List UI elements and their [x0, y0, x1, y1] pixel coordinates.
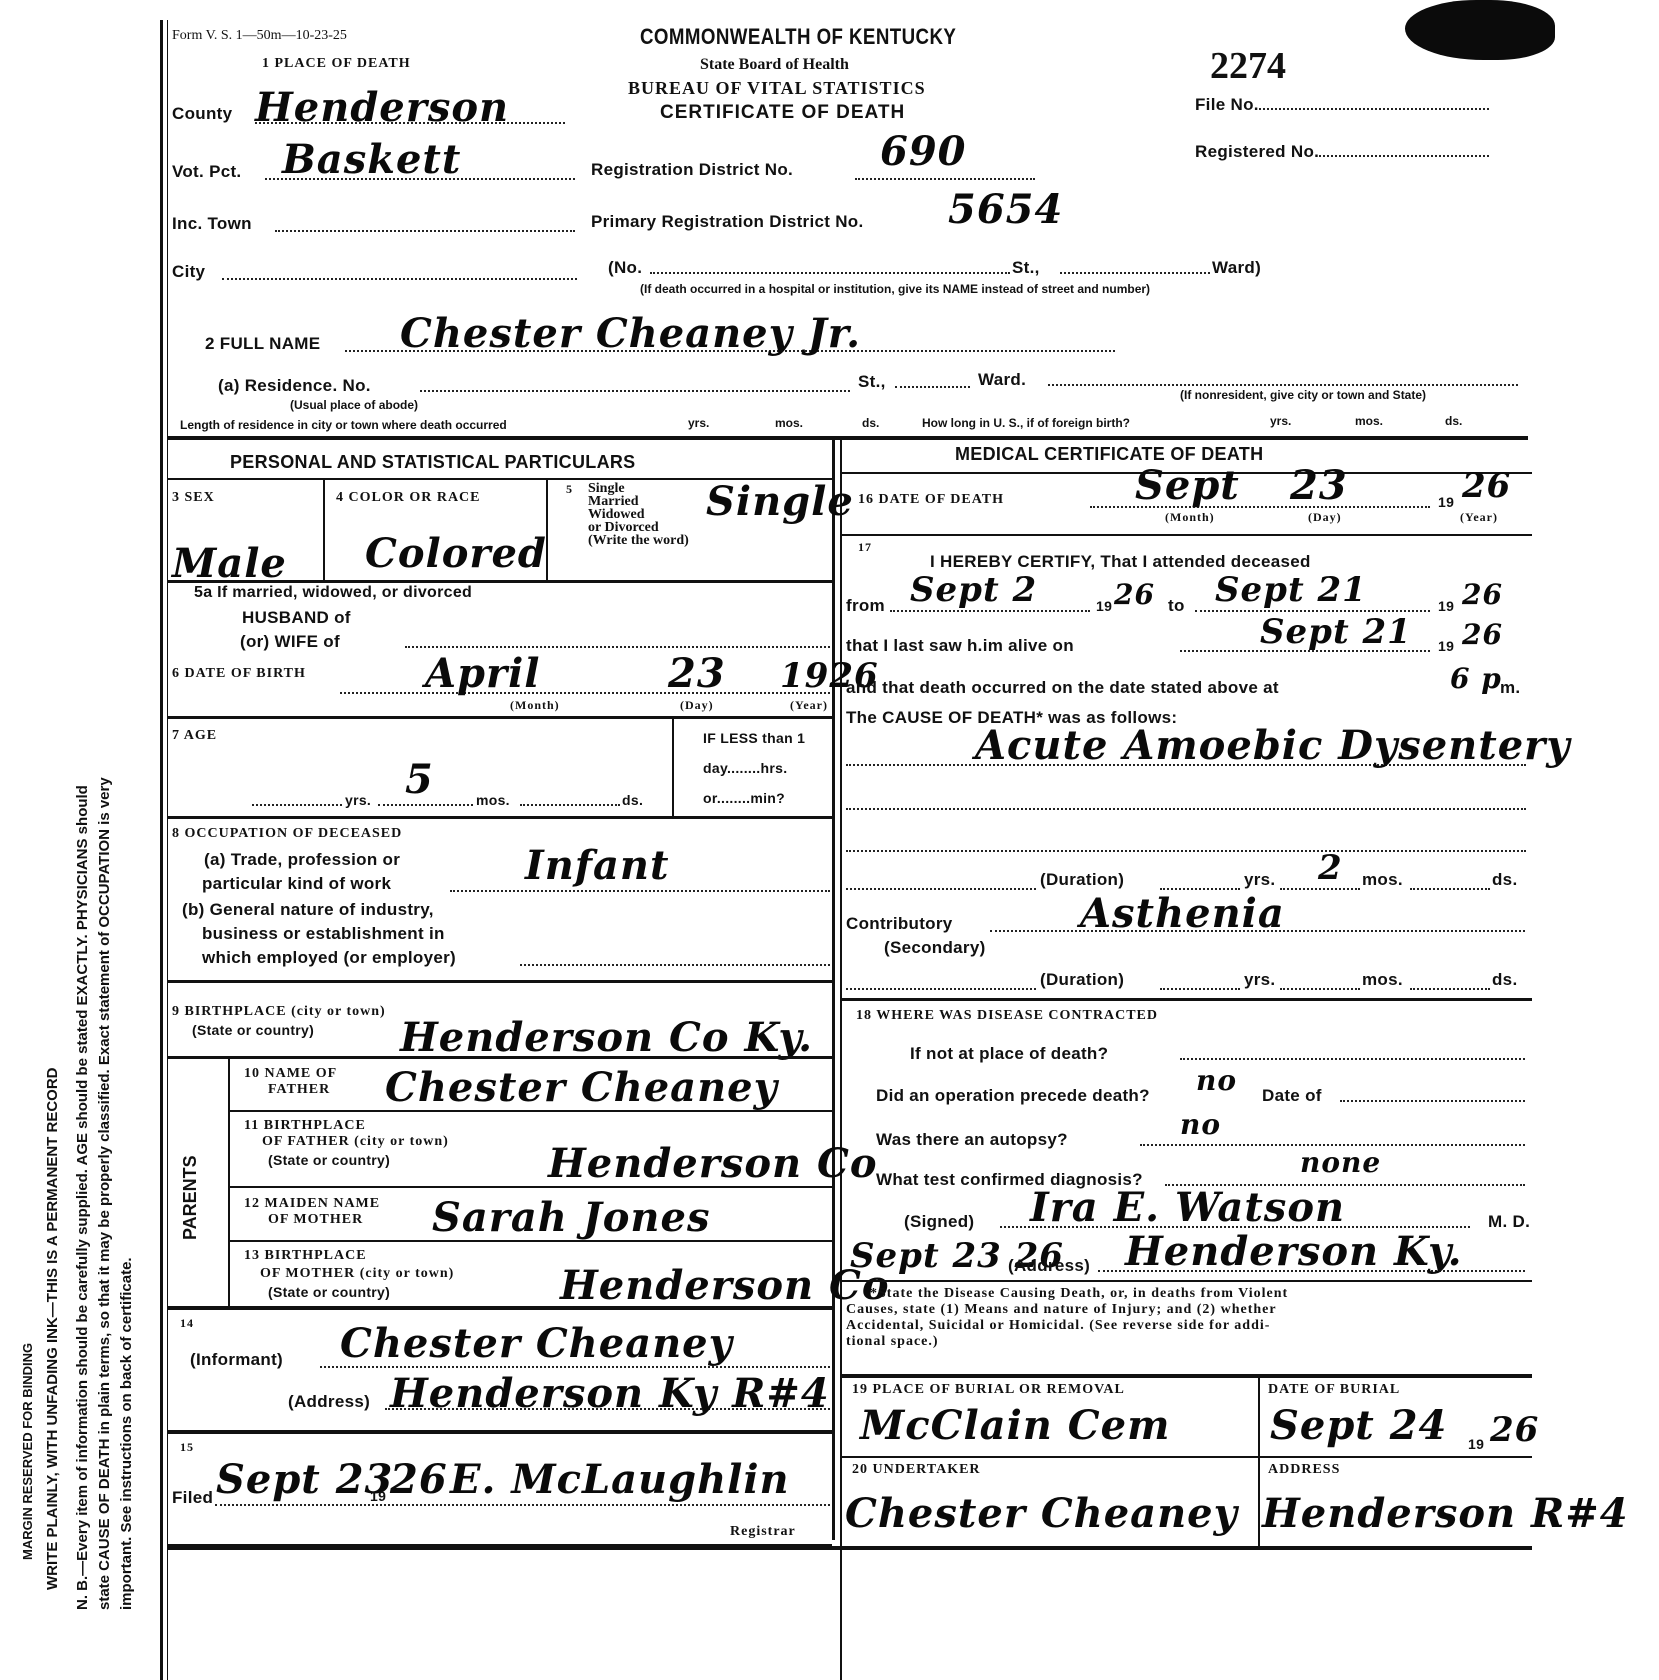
to-label: to: [1168, 596, 1185, 616]
less-than-hrs: day........hrs.: [703, 760, 787, 776]
duration-lead: [846, 888, 1036, 890]
row-line-5: [168, 1056, 832, 1059]
cause-line-3: [846, 850, 1526, 852]
place-of-death-label: 1 PLACE OF DEATH: [262, 56, 411, 72]
less-than-label: IF LESS than 1: [703, 730, 805, 746]
registered-no-label: Registered No.: [1195, 142, 1489, 162]
file-no-text: File No.: [1195, 95, 1259, 114]
file-no-field[interactable]: [1259, 108, 1489, 110]
duration2-ds-label: ds.: [1492, 970, 1517, 990]
left-border: [160, 20, 163, 1680]
marital-value[interactable]: Single: [706, 478, 854, 525]
margin-instructions-2: state CAUSE OF DEATH in plain terms, so …: [96, 777, 113, 1610]
mother-bp-value[interactable]: Henderson Co: [560, 1262, 890, 1309]
autopsy-value[interactable]: no: [1180, 1108, 1221, 1141]
birthplace-value[interactable]: Henderson Co Ky.: [400, 1014, 813, 1061]
burial-place-label: 19 PLACE OF BURIAL OR REMOVAL: [852, 1382, 1125, 1398]
reg-district-label: Registration District No.: [591, 160, 793, 180]
center-divider-2: [840, 440, 842, 1680]
dob-year-caption: (Year): [790, 698, 828, 713]
row-line-8: [228, 1240, 832, 1242]
undertaker-address-value[interactable]: Henderson R#4: [1262, 1490, 1629, 1537]
street-field[interactable]: [1060, 272, 1210, 274]
registered-no-field[interactable]: [1319, 155, 1489, 157]
duration-label: (Duration): [1040, 870, 1124, 890]
filed-year-prefix: 19: [370, 1488, 386, 1504]
row-line-9: [168, 1306, 832, 1310]
section-divider: [168, 436, 1528, 440]
margin-instructions-3: important. See instructions on back of c…: [118, 1257, 135, 1610]
row-line-10: [168, 1430, 832, 1434]
signed-value[interactable]: Ira E. Watson: [1030, 1184, 1345, 1231]
sex-label: 3 SEX: [172, 490, 215, 506]
filed-number: 15: [180, 1440, 194, 1455]
primary-district-value[interactable]: 5654: [948, 186, 1063, 233]
nonresident-note: (If nonresident, give city or town and S…: [1180, 388, 1426, 402]
spouse-field[interactable]: [405, 646, 830, 648]
dod-month-caption: (Month): [1165, 510, 1215, 525]
duration2-mos-label: mos.: [1362, 970, 1403, 990]
occurred-text: and that death occurred on the date stat…: [846, 678, 1279, 698]
autopsy-label: Was there an autopsy?: [876, 1130, 1068, 1150]
registered-no-text: Registered No.: [1195, 142, 1319, 161]
employer-field[interactable]: [520, 964, 830, 966]
duration-ds-field[interactable]: [1410, 888, 1490, 890]
street-no-field[interactable]: [650, 272, 1010, 274]
county-label: County: [172, 104, 232, 124]
age-yrs-label: yrs.: [345, 792, 371, 808]
burial-divider: [1258, 1378, 1260, 1546]
father-label-2: FATHER: [268, 1082, 330, 1098]
vot-pct-value[interactable]: Baskett: [282, 136, 461, 183]
date-of-label: Date of: [1262, 1086, 1322, 1106]
city-field[interactable]: [222, 278, 577, 280]
burial-date-label: DATE OF BURIAL: [1268, 1382, 1400, 1398]
from-label: from: [846, 596, 885, 616]
length-yrs: yrs.: [688, 416, 709, 430]
full-name-label: 2 FULL NAME: [205, 334, 320, 354]
contributory-value[interactable]: Asthenia: [1080, 890, 1285, 937]
dob-day[interactable]: 23: [668, 650, 726, 697]
length-residence-label: Length of residence in city or town wher…: [180, 418, 507, 432]
father-bp-label-1: 11 BIRTHPLACE: [244, 1118, 366, 1134]
burial-year-prefix: 19: [1468, 1436, 1484, 1452]
age-mos-label: mos.: [476, 792, 510, 808]
parents-label: PARENTS: [180, 1155, 201, 1240]
dob-month-caption: (Month): [510, 698, 560, 713]
date-of-field[interactable]: [1340, 1100, 1525, 1102]
occupation-b-3: which employed (or employer): [202, 948, 456, 968]
test-value[interactable]: none: [1300, 1146, 1381, 1179]
filed-label: Filed: [172, 1488, 213, 1508]
time-value[interactable]: 6 p: [1450, 662, 1502, 695]
father-bp-value[interactable]: Henderson Co: [548, 1140, 878, 1187]
informant-label: (Informant): [190, 1350, 283, 1370]
footnote-line-2: Causes, state (1) Means and nature of In…: [846, 1302, 1288, 1318]
certificate-title: CERTIFICATE OF DEATH: [660, 102, 905, 124]
contributory-label: Contributory: [846, 914, 953, 934]
duration2-label: (Duration): [1040, 970, 1124, 990]
footnote: *State the Disease Causing Death, or, in…: [870, 1286, 1288, 1350]
dod-label: 16 DATE OF DEATH: [858, 492, 1004, 508]
foreign-ds: ds.: [1445, 414, 1462, 428]
occupation-label: 8 OCCUPATION OF DECEASED: [172, 826, 402, 842]
duration-bottom-line: [842, 998, 1532, 1001]
undertaker-address-label: ADDRESS: [1268, 1462, 1340, 1478]
residence-st-label: St.,: [858, 372, 886, 392]
duration-yrs-label: yrs.: [1244, 870, 1275, 890]
dod-month[interactable]: Sept: [1135, 462, 1240, 509]
marital-number: 5: [566, 482, 573, 497]
from-date[interactable]: Sept 2: [910, 570, 1037, 610]
full-name-value[interactable]: Chester Cheaney Jr.: [400, 310, 861, 357]
mother-value[interactable]: Sarah Jones: [432, 1194, 710, 1241]
from-line: [890, 610, 1090, 612]
age-ds-label: ds.: [622, 792, 643, 808]
ink-blot: [1405, 0, 1555, 60]
informant-number: 14: [180, 1316, 194, 1331]
foreign-birth-label: How long in U. S., if of foreign birth?: [922, 416, 1130, 430]
dob-month[interactable]: April: [425, 650, 540, 697]
not-place-label: If not at place of death?: [910, 1044, 1108, 1064]
race-divider: [546, 480, 548, 580]
dod-day[interactable]: 23: [1290, 462, 1348, 509]
dob-day-caption: (Day): [680, 698, 714, 713]
dob-label: 6 DATE OF BIRTH: [172, 666, 306, 682]
operation-value[interactable]: no: [1196, 1064, 1237, 1097]
age-mos-value[interactable]: 5: [405, 756, 434, 803]
length-ds: ds.: [862, 416, 879, 430]
time-suffix: m.: [1500, 678, 1520, 698]
occupation-a-2: particular kind of work: [202, 874, 391, 894]
duration2-ds-field[interactable]: [1410, 988, 1490, 990]
to-year-prefix: 19: [1438, 598, 1454, 614]
occupation-a-1: (a) Trade, profession or: [204, 850, 400, 870]
filed-date[interactable]: Sept 23: [216, 1456, 393, 1503]
primary-district-label: Primary Registration District No.: [591, 212, 864, 232]
race-value[interactable]: Colored: [365, 530, 547, 577]
duration-ds-label: ds.: [1492, 870, 1517, 890]
father-bp-label-3: (State or country): [268, 1152, 390, 1168]
signature-bottom-line: [842, 1280, 1532, 1282]
to-date[interactable]: Sept 21: [1215, 570, 1367, 610]
row-line-2: [168, 716, 832, 719]
father-bp-label-2: OF FATHER (city or town): [262, 1134, 449, 1150]
spouse-label-3: (or) WIFE of: [240, 632, 340, 652]
burial-date-value[interactable]: Sept 24: [1270, 1402, 1447, 1449]
reg-district-line: [855, 178, 1035, 180]
footnote-line-3: Accidental, Suicidal or Homicidal. (See …: [846, 1318, 1288, 1334]
burial-year[interactable]: 26: [1490, 1410, 1539, 1450]
filed-year[interactable]: 26: [390, 1456, 448, 1503]
physician-address-label: (Address): [1008, 1256, 1090, 1276]
mother-bp-label-3: (State or country): [268, 1284, 390, 1300]
sex-divider: [323, 480, 325, 580]
dod-year[interactable]: 26: [1462, 466, 1511, 506]
to-year[interactable]: 26: [1462, 578, 1503, 611]
duration-mos-label: mos.: [1362, 870, 1403, 890]
md-label: M. D.: [1488, 1212, 1530, 1232]
registrar-value[interactable]: E. McLaughlin: [450, 1456, 790, 1503]
residence-st-field[interactable]: [895, 386, 970, 388]
state-title: COMMONWEALTH OF KENTUCKY: [640, 24, 956, 50]
undertaker-value[interactable]: Chester Cheaney: [845, 1490, 1238, 1537]
margin-ink-note: WRITE PLAINLY, WITH UNFADING INK—THIS IS…: [44, 1067, 61, 1590]
vot-pct-line: [265, 178, 575, 180]
occupation-b-1: (b) General nature of industry,: [182, 900, 434, 920]
street-label: St.,: [1012, 258, 1040, 278]
secondary-label: (Secondary): [884, 938, 986, 958]
county-line: [255, 122, 565, 124]
physician-address-value[interactable]: Henderson Ky.: [1125, 1228, 1463, 1275]
duration2-lead: [846, 988, 1036, 990]
margin-binding-note: MARGIN RESERVED FOR BINDING: [20, 1343, 35, 1560]
row-line-6: [228, 1110, 832, 1112]
dod-bottom-line: [842, 534, 1532, 536]
age-yrs-field[interactable]: [252, 804, 342, 806]
undertaker-label: 20 UNDERTAKER: [852, 1462, 981, 1478]
residence-ward-label: Ward.: [978, 370, 1026, 390]
foreign-mos: mos.: [1355, 414, 1383, 428]
age-ds-field[interactable]: [520, 804, 620, 806]
occupation-line: [450, 890, 830, 892]
row-line-4: [168, 980, 832, 983]
last-saw-date[interactable]: Sept 21: [1260, 612, 1412, 652]
informant-address-value[interactable]: Henderson Ky R#4: [390, 1370, 830, 1417]
reg-district-value[interactable]: 690: [880, 128, 967, 175]
footnote-bottom-line: [842, 1374, 1532, 1378]
marital-option-instruction: (Write the word): [588, 534, 708, 547]
inc-town-field[interactable]: [275, 230, 575, 232]
dod-year-caption: (Year): [1460, 510, 1498, 525]
duration2-yrs-label: yrs.: [1244, 970, 1275, 990]
occupation-b-2: business or establishment in: [202, 924, 445, 944]
certify-text: I HEREBY CERTIFY, That I attended deceas…: [930, 552, 1311, 572]
race-label: 4 COLOR OR RACE: [336, 490, 481, 506]
dod-day-caption: (Day): [1308, 510, 1342, 525]
last-saw-year-prefix: 19: [1438, 638, 1454, 654]
contracted-label: 18 WHERE WAS DISEASE CONTRACTED: [856, 1008, 1158, 1024]
personal-header: PERSONAL AND STATISTICAL PARTICULARS: [230, 452, 635, 473]
margin-instructions-1: N. B.—Every item of information should b…: [74, 785, 91, 1610]
foreign-yrs: yrs.: [1270, 414, 1291, 428]
registrar-label: Registrar: [730, 1524, 796, 1540]
dod-year-prefix: 19: [1438, 494, 1454, 510]
street-no-label: (No.: [608, 258, 642, 278]
footnote-line-1: *State the Disease Causing Death, or, in…: [870, 1286, 1288, 1302]
age-divider: [672, 716, 674, 816]
informant-address-label: (Address): [288, 1392, 370, 1412]
burial-place-value[interactable]: McClain Cem: [860, 1402, 1170, 1449]
file-no-label: File No.: [1195, 95, 1489, 115]
duration-mos-line: [1280, 888, 1360, 890]
inc-town-label: Inc. Town: [172, 214, 252, 234]
ward-label: Ward): [1212, 258, 1261, 278]
footnote-line-4: tional space.): [846, 1334, 1288, 1350]
last-saw-year[interactable]: 26: [1462, 618, 1503, 651]
residence-label: (a) Residence. No.: [218, 376, 371, 396]
bureau-title: BUREAU OF VITAL STATISTICS: [628, 78, 926, 99]
duration-mos-value[interactable]: 2: [1318, 848, 1343, 888]
age-label: 7 AGE: [172, 728, 217, 744]
row-line-3: [168, 816, 832, 819]
mother-label-1: 12 MAIDEN NAME: [244, 1196, 380, 1212]
city-label: City: [172, 262, 205, 282]
center-divider: [832, 440, 835, 1540]
from-year-prefix: 19: [1096, 598, 1112, 614]
from-year[interactable]: 26: [1114, 578, 1155, 611]
signed-label: (Signed): [904, 1212, 974, 1232]
cause-value[interactable]: Acute Amoebic Dysentery: [975, 722, 1570, 769]
vot-pct-label: Vot. Pct.: [172, 162, 241, 182]
hospital-note: (If death occurred in a hospital or inst…: [640, 282, 1150, 296]
informant-value[interactable]: Chester Cheaney: [340, 1320, 733, 1367]
duration2-yrs-field[interactable]: [1160, 988, 1240, 990]
occupation-value[interactable]: Infant: [525, 842, 669, 889]
father-value[interactable]: Chester Cheaney: [385, 1064, 778, 1111]
row-line-1: [168, 580, 832, 583]
row-line-7: [228, 1186, 832, 1188]
last-saw-label: that I last saw h.im alive on: [846, 636, 1074, 656]
dob-line: [340, 692, 830, 694]
burial-bottom-line: [842, 1456, 1532, 1458]
not-place-field[interactable]: [1180, 1058, 1525, 1060]
birthplace-label-1: 9 BIRTHPLACE (city or town): [172, 1004, 386, 1020]
filed-line: [215, 1504, 830, 1506]
age-mos-line: [378, 804, 473, 806]
duration2-mos-field[interactable]: [1280, 988, 1360, 990]
birthplace-label-2: (State or country): [192, 1022, 314, 1038]
form-bottom-line: [168, 1546, 1532, 1550]
mother-bp-label-2: OF MOTHER (city or town): [260, 1266, 454, 1282]
usual-abode-note: (Usual place of abode): [290, 398, 418, 412]
spouse-label-1: 5a If married, widowed, or divorced: [194, 584, 472, 602]
residence-field[interactable]: [420, 390, 850, 392]
spouse-label-2: HUSBAND of: [242, 608, 351, 628]
marital-options: Single Married Widowed or Divorced (Writ…: [588, 482, 708, 547]
stamp-number: 2274: [1210, 44, 1286, 88]
mother-label-2: OF MOTHER: [268, 1212, 363, 1228]
parents-divider: [228, 1059, 230, 1309]
operation-label: Did an operation precede death?: [876, 1086, 1150, 1106]
residence-ward-field[interactable]: [1048, 384, 1518, 386]
board-title: State Board of Health: [700, 56, 849, 74]
item-17: 17: [858, 540, 872, 555]
less-than-min: or........min?: [703, 790, 785, 806]
length-mos: mos.: [775, 416, 803, 430]
mother-bp-label-1: 13 BIRTHPLACE: [244, 1248, 367, 1264]
form-number: Form V. S. 1—50m—10-23-25: [172, 28, 347, 44]
cause-line-2: [846, 808, 1526, 810]
father-label-1: 10 NAME OF: [244, 1066, 337, 1082]
